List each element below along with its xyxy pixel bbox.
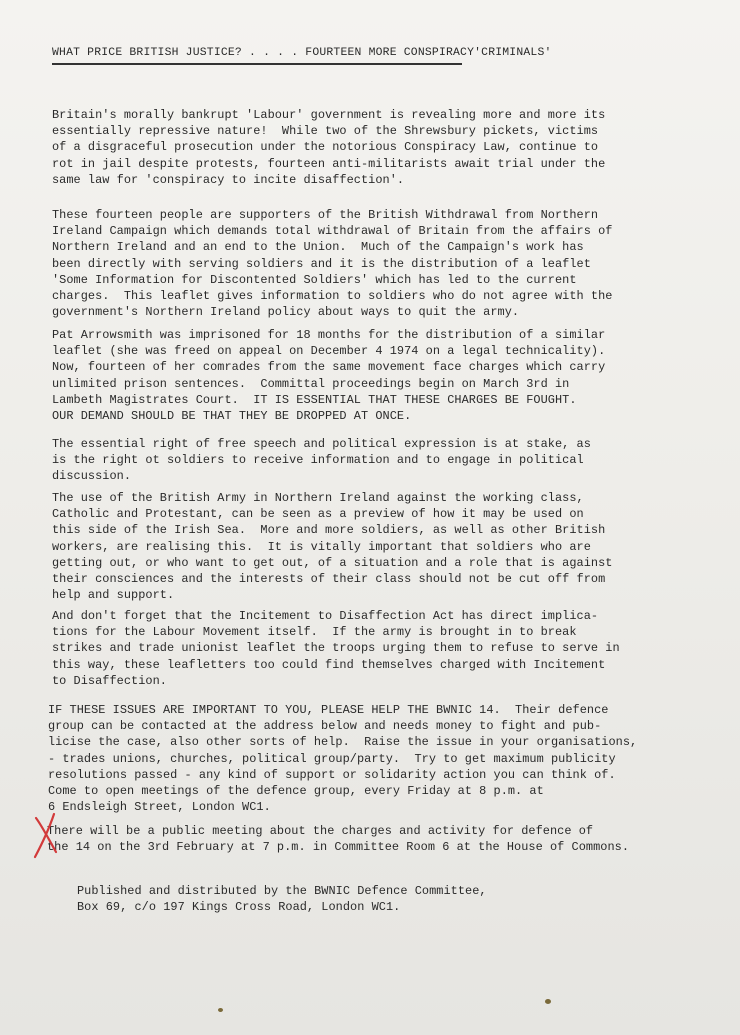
paragraph-free-speech: The essential right of free speech and p… (52, 436, 591, 485)
paper-speck (218, 1008, 223, 1012)
paragraph-army-use: The use of the British Army in Northern … (52, 490, 612, 603)
paragraph-public-meeting: There will be a public meeting about the… (47, 823, 629, 855)
page-title: WHAT PRICE BRITISH JUSTICE? . . . . FOUR… (52, 47, 462, 65)
publisher-info: Published and distributed by the BWNIC D… (77, 883, 487, 915)
paragraph-incitement-act: And don't forget that the Incitement to … (52, 608, 620, 689)
paragraph-campaign: These fourteen people are supporters of … (52, 207, 612, 320)
document-page: WHAT PRICE BRITISH JUSTICE? . . . . FOUR… (0, 0, 740, 1035)
paragraph-intro: Britain's morally bankrupt 'Labour' gove… (52, 107, 605, 188)
red-x-mark-icon (32, 812, 60, 860)
paragraph-arrowsmith: Pat Arrowsmith was imprisoned for 18 mon… (52, 327, 605, 424)
paper-speck (545, 999, 551, 1004)
paragraph-call-to-action: IF THESE ISSUES ARE IMPORTANT TO YOU, PL… (48, 702, 637, 815)
